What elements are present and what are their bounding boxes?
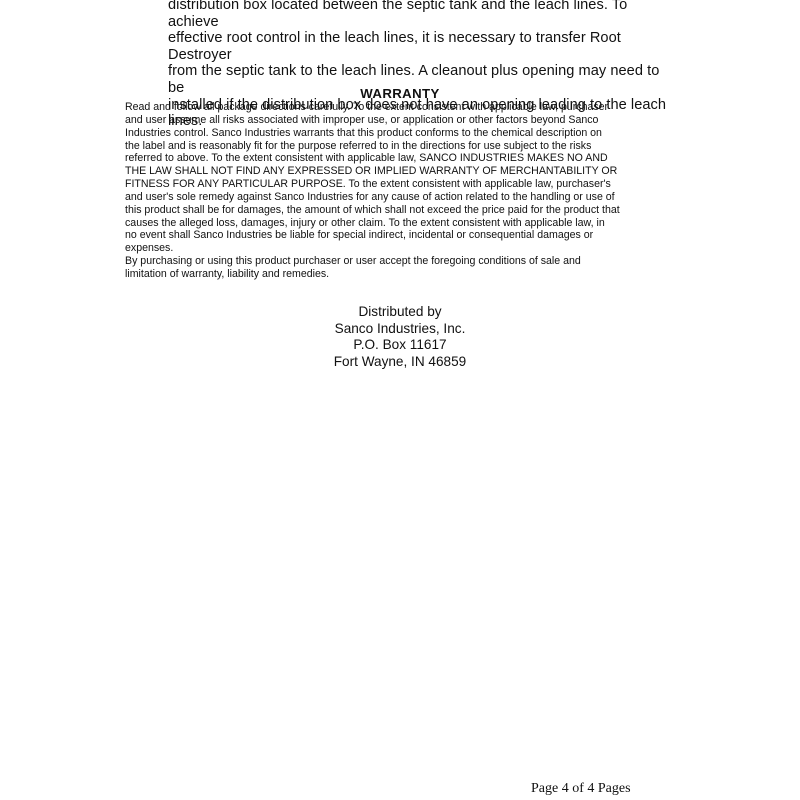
document-page: distribution box located between the sep… [0,0,800,800]
distributor-address-block: Distributed by Sanco Industries, Inc. P.… [0,304,800,370]
page-number-footer: Page 4 of 4 Pages [531,781,631,797]
warranty-heading: WARRANTY [0,86,800,102]
warranty-body: Read and follow all package directions c… [125,101,705,281]
